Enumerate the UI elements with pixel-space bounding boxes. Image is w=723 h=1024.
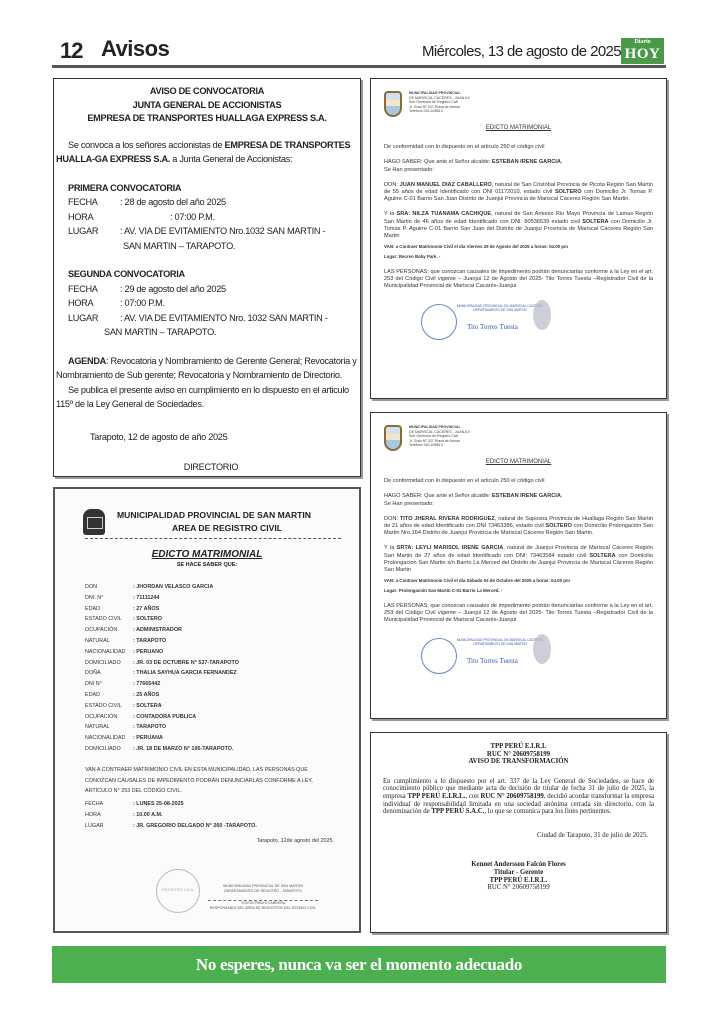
city-date: Ciudad de Tarapoto, 31 de julio de 2025. <box>371 832 648 840</box>
edicto-san-martin: MUNICIPALIDAD PROVINCIAL DE SAN MARTIN A… <box>53 487 361 933</box>
field-row: EDAD: 27 AÑOS <box>85 604 359 615</box>
municipal-shield-icon <box>384 425 402 451</box>
logo-small-text: Diario <box>621 38 664 46</box>
field-row: OCUPACIÓN: CONTADORA PUBLICA <box>85 712 359 723</box>
convocatoria-title: AVISO DE CONVOCATORIA JUNTA GENERAL DE A… <box>54 85 360 126</box>
primera-hora: HORA: 07:00 P.M. <box>54 210 360 225</box>
registro-civil-seal: REGISTRO CIVIL <box>156 869 200 913</box>
field-row: LUGAR: JR. GREGORIO DELGADO N° 260 -TARA… <box>85 821 359 832</box>
field-row: NACIONALIDAD: PERUANA <box>85 733 359 744</box>
wedding-place: Lugar: Prolongación San Martin C-01 Barr… <box>384 587 653 594</box>
convocatoria-notice: AVISO DE CONVOCATORIA JUNTA GENERAL DE A… <box>53 78 361 477</box>
page-number: 12 <box>60 38 82 64</box>
signature-block: MUNICIPALIDAD PROVINCIAL DE SAN MARTIN D… <box>208 884 318 911</box>
edicto-intro: De conformidad con lo dispuesto en el ar… <box>384 144 653 151</box>
stamp-signature: MUNICIPALIDAD PROVINCIAL DE MARISCAL CAC… <box>371 634 666 682</box>
muni-info: MUNICIPALIDAD PROVINCIAL DE MARISCAL CAC… <box>409 425 470 451</box>
segunda-lugar-cont: SAN MARTIN – TARAPOTO. <box>54 325 360 340</box>
field-row: DNI. N°: 71111244 <box>85 593 359 604</box>
field-row: FECHA: LUNES 25-08-2025 <box>85 799 359 810</box>
segunda-heading: SEGUNDA CONVOCATORIA <box>54 267 360 282</box>
dashed-divider <box>85 538 341 539</box>
segunda-hora: HORA: 07:00 P.M. <box>54 296 360 311</box>
signature: Tito Torres Tuesta <box>467 658 518 665</box>
fingerprint-icon <box>533 300 551 330</box>
official-seal-icon <box>421 304 457 340</box>
muni-header: MUNICIPALIDAD PROVINCIAL DE SAN MARTIN A… <box>83 509 359 535</box>
field-row: NATURAL: TARAPOTO <box>85 636 359 647</box>
aviso-transformacion: TPP PERÚ E.I.R.L RUC N° 20609758199 AVIS… <box>370 732 667 933</box>
edicto-title: EDICTO MATRIMONIAL <box>371 459 666 466</box>
wedding-place: Lugar: Recreo Baby Park. - <box>384 253 653 260</box>
edicto-juanjui-1: MUNICIPALIDAD PROVINCIAL DE MARISCAL CAC… <box>370 78 667 399</box>
primera-lugar-cont: SAN MARTIN – TARAPOTO. <box>54 239 360 254</box>
segunda-lugar: LUGAR: AV. VIA DE EVITAMIENTO Nro. 1032 … <box>54 311 360 326</box>
primera-lugar: LUGAR: AV. VIA DE EVITAMIENTO Nro.1032 S… <box>54 224 360 239</box>
field-row: HORA: 10.00 A.M. <box>85 810 359 821</box>
fingerprint-icon <box>533 634 551 664</box>
segunda-fecha: FECHA: 29 de agosto del año 2025 <box>54 282 360 297</box>
groom-info: DON: TITO JHERAL RIVERA RODRIGUEZ, natur… <box>384 516 653 538</box>
edicto-fields: DON: JHORDAN VELASCO GARCIADNI. N°: 7111… <box>85 582 359 755</box>
official-seal-icon <box>421 638 457 674</box>
field-row: DNI N°: 77665442 <box>85 679 359 690</box>
hago-saber: HAGO SABER: Que ante el Señor alcalde: E… <box>384 159 653 173</box>
edicto-juanjui-2: MUNICIPALIDAD PROVINCIAL DE MARISCAL CAC… <box>370 412 667 719</box>
bride-info: Y la SRTA: LEYLI MARISOL IRENE GARCIA, n… <box>384 545 653 574</box>
muni-name: MUNICIPALIDAD PROVINCIAL DE SAN MARTIN <box>117 510 311 520</box>
agenda: AGENDA: Revocatoria y Nombramiento de Ge… <box>54 354 360 383</box>
field-row: OCUPACIÓN: ADMINISTRADOR <box>85 625 359 636</box>
impediment-notice: LAS PERSONAS; que conozcan causales de i… <box>384 269 653 291</box>
groom-info: DON: JUAN MANUEL DIAZ CABALLERO, natural… <box>384 182 653 204</box>
signer: DIRECTORIO <box>54 460 360 475</box>
stamp-signature: MUNICIPALIDAD PROVINCIAL DE MARISCAL CAC… <box>371 300 666 348</box>
edicto-event: FECHA: LUNES 25-08-2025HORA: 10.00 A.M.L… <box>85 799 359 831</box>
logo-big-text: HOY <box>621 46 664 62</box>
signature-block: Kennet Andersson Falcón Flores Titular -… <box>371 861 666 891</box>
edicto-intro: De conformidad con lo dispuesto en el ar… <box>384 478 653 485</box>
signature: Tito Torres Tuesta <box>467 324 518 331</box>
muni-area: AREA DE REGISTRO CIVIL <box>117 522 311 535</box>
field-row: DOÑA: THALIA SAYHUA GARCIA FERNANDEZ <box>85 668 359 679</box>
field-row: DOMICILIADO: JR. 18 DE MARZO N° 195-TARA… <box>85 744 359 755</box>
company-name: TPP PERÚ E.I.R.L <box>371 743 666 751</box>
hago-saber: HAGO SABER: Que ante el Señor alcalde: E… <box>384 493 653 507</box>
field-row: NATURAL: TARAPOTO <box>85 722 359 733</box>
field-row: DOMICILIADO: JR. 03 DE OCTUBRE N° 537-TA… <box>85 658 359 669</box>
municipal-shield-icon <box>384 91 402 117</box>
diario-hoy-logo: Diario HOY <box>621 38 664 64</box>
bride-info: Y la SRA: NILZA TUANAMA CACHIQUE, natura… <box>384 211 653 240</box>
edicto-title: EDICTO MATRIMONIAL <box>371 125 666 132</box>
field-row: DON: JHORDAN VELASCO GARCIA <box>85 582 359 593</box>
publication-note: Se publica el presente aviso en cumplimi… <box>54 383 360 412</box>
notice-body: En cumplimiento a lo dispuesto por el ar… <box>383 778 654 816</box>
muni-info: MUNICIPALIDAD PROVINCIAL DE MARISCAL CAC… <box>409 91 470 117</box>
section-title: Avisos <box>101 36 169 62</box>
notice-title: AVISO DE TRANSFORMACIÓN <box>371 758 666 766</box>
header-divider <box>52 65 666 68</box>
field-row: EDAD: 25 AÑOS <box>85 690 359 701</box>
field-row: ESTADO CIVIL: SOLTERO <box>85 614 359 625</box>
field-row: ESTADO CIVIL: SOLTERA <box>85 701 359 712</box>
convocatoria-intro: Se convoca a los señores accionistas de … <box>54 138 360 167</box>
edicto-subtitle: SE HACE SABER QUE: <box>55 562 359 568</box>
footer-banner: No esperes, nunca va ser el momento adec… <box>52 946 666 983</box>
edicto-title: EDICTO MATRIMONIAL <box>55 549 359 560</box>
wedding-date: VAN: a Contraer Matrimonio Civil el día … <box>384 243 653 250</box>
wedding-date: VAN: a Contraer Matrimonio Civil el día … <box>384 577 653 584</box>
impediment-notice: LAS PERSONAS; que conozcan causales de i… <box>384 603 653 625</box>
field-row: NACIONALIDAD: PERUANO <box>85 647 359 658</box>
issue-date: Miércoles, 13 de agosto de 2025 <box>422 43 621 60</box>
edicto-place-date: Tarapoto, 12de agosto del 2025. <box>55 838 334 844</box>
edicto-notice: VAN A CONTRAER MATRIMONIO CIVIL EN ESTA … <box>85 765 337 797</box>
primera-fecha: FECHA: 28 de agosto del año 2025 <box>54 195 360 210</box>
place-date: Tarapoto, 12 de agosto de año 2025 <box>54 430 360 445</box>
municipal-crest-icon <box>83 509 105 535</box>
primera-heading: PRIMERA CONVOCATORIA <box>54 181 360 196</box>
